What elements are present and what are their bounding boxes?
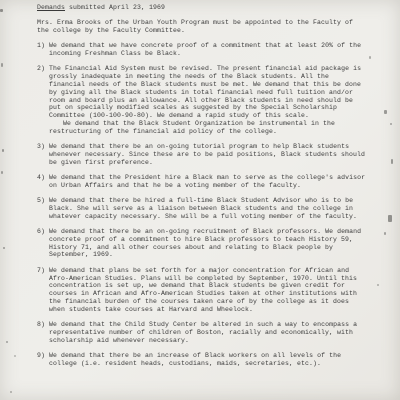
scan-speck [384,232,386,235]
demand-text: The Financial Aid System must be revised… [49,65,361,119]
demand-item: 3) We demand that there be an on-going t… [37,143,367,166]
demand-item: 8) We demand that the Child Study Center… [37,321,367,344]
demand-text: We demand that there be an on-going recr… [49,228,361,258]
demand-number: 5) [37,197,45,204]
scan-speck [377,284,379,286]
demand-number: 7) [37,267,45,274]
demand-number: 9) [37,352,45,359]
demand-item: 5) We demand that there be hired a full-… [37,197,367,220]
document-heading: Demands submitted April 23, 1969 [37,4,367,12]
demand-item: 7) We demand that plans be set forth for… [37,267,367,314]
scan-speck [369,56,371,59]
scan-speck [1,171,3,174]
scan-speck [384,110,387,114]
scan-speck [6,341,8,343]
demand-number: 3) [37,143,45,150]
demand-item: 6) We demand that there be an on-going r… [37,228,367,259]
demand-item: 2) The Financial Aid System must be revi… [37,65,367,135]
scan-speck [3,247,5,249]
scan-speck [0,9,3,12]
heading-underlined-word: Demands [37,4,65,11]
demand-text: We demand that there be an increase of B… [49,352,341,367]
scan-speck [390,123,392,125]
demand-item: 4) We demand that the President hire a B… [37,174,367,190]
demand-item: 1) We demand that we have concrete proof… [37,42,367,58]
intro-paragraph: Mrs. Erma Brooks of the Urban Youth Prog… [37,19,367,35]
demand-text: We demand that there be hired a full-tim… [49,197,357,220]
demand-number: 6) [37,228,45,235]
demand-text: We demand that the President hire a Blac… [49,174,365,189]
document-text: Demands submitted April 23, 1969 Mrs. Er… [37,4,367,375]
demands-list: 1) We demand that we have concrete proof… [37,42,367,367]
demand-number: 2) [37,65,45,72]
scan-speck [388,215,392,222]
scan-speck [1,63,3,67]
demand-text: We demand that we have concrete proof of… [49,42,361,57]
demand-subparagraph: We demand that the Black Student Organiz… [49,120,367,136]
demand-item: 9) We demand that there be an increase o… [37,352,367,368]
demand-text: We demand that the Child Study Center be… [49,321,357,344]
scanned-document-page: Demands submitted April 23, 1969 Mrs. Er… [0,0,400,400]
scan-speck [391,159,393,164]
demand-number: 8) [37,321,45,328]
scan-speck [14,355,16,357]
scan-speck [2,149,4,152]
heading-date-text: submitted April 23, 1969 [65,4,165,11]
demand-text: We demand that plans be set forth for a … [49,267,357,313]
scan-speck [10,391,12,393]
demand-number: 1) [37,42,45,49]
demand-number: 4) [37,174,45,181]
demand-text: We demand that there be an on-going tuto… [49,143,365,166]
